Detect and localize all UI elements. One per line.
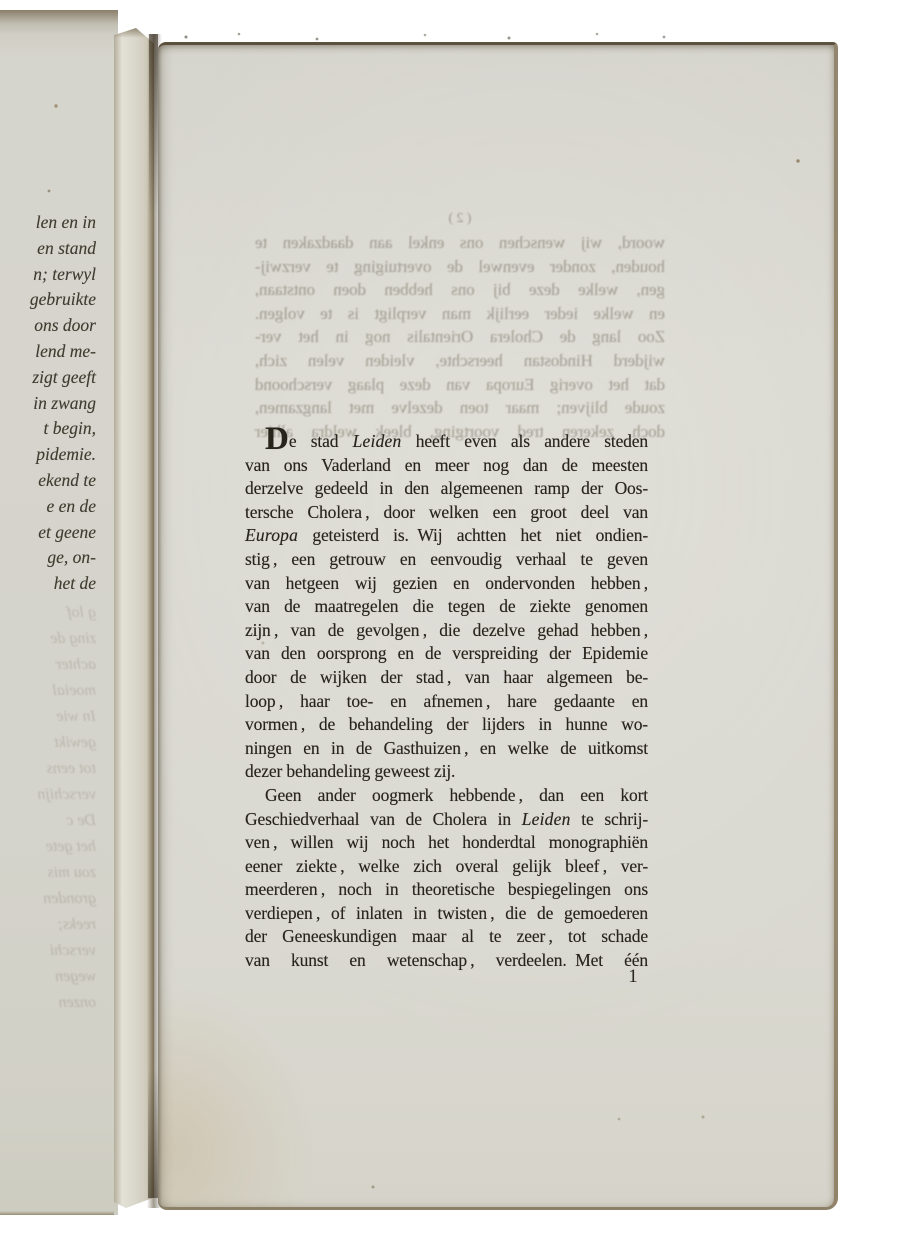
text-line: Europa geteisterd is. Wij achtten het ni… xyxy=(245,524,648,548)
text-line: derzelve gedeeld in den algemeenen ramp … xyxy=(245,477,648,501)
fragment-line: gebruikte xyxy=(0,287,99,313)
fragment-line: ge, on- xyxy=(0,545,99,571)
text-line: van kunst en wetenschap , verdeelen. Met… xyxy=(245,949,648,973)
text-line: ningen en in de Gasthuizen , en welke de… xyxy=(245,737,648,761)
ghost-fragment-line: zing de xyxy=(0,626,100,652)
showthrough-line: houden, zonder evenwel de overtuiging te… xyxy=(255,255,665,279)
showthrough-line: en welke ieder eerlijk man verpligt is t… xyxy=(255,302,665,326)
showthrough-line: dat het overig Europa van deze plaag ver… xyxy=(255,373,665,397)
text-line: dezer behandeling geweest zij. xyxy=(245,760,648,784)
left-page-ghost-text: g lofzing deachtermoeialIn wiegewikttot … xyxy=(0,600,100,1016)
ghost-fragment-line: In wie xyxy=(0,704,100,730)
ghost-fragment-line: verschijn xyxy=(0,782,100,808)
showthrough-text: ( 2 ) woord, wij wenschen ons enkel aan … xyxy=(255,207,665,443)
text-line: Geschiedverhaal van de Cholera in Leiden… xyxy=(245,808,648,832)
text-line: verdiepen , of inlaten in twisten , die … xyxy=(245,902,648,926)
text-line: meerderen , noch in theoretische bespieg… xyxy=(245,878,648,902)
ghost-fragment-line: De c xyxy=(0,808,100,834)
text-line: loop , haar toe- en afnemen , hare gedaa… xyxy=(245,690,648,714)
ghost-fragment-line: wegen xyxy=(0,964,100,990)
fragment-line: ons door xyxy=(0,313,99,339)
text-line: door de wijken der stad , van haar algem… xyxy=(245,666,648,690)
ghost-fragment-line: moeial xyxy=(0,678,100,704)
fragment-line: pidemie. xyxy=(0,442,99,468)
showthrough-page-header: ( 2 ) xyxy=(255,207,665,231)
ghost-fragment-line: het gete xyxy=(0,834,100,860)
ghost-fragment-line: zou mis xyxy=(0,860,100,886)
body-text: De stad Leiden heeft even als andere ste… xyxy=(245,430,648,973)
text-line: van hetgeen wij gezien en ondervonden he… xyxy=(245,572,648,596)
ghost-fragment-line: achter xyxy=(0,652,100,678)
main-page: ( 2 ) woord, wij wenschen ons enkel aan … xyxy=(158,42,838,1210)
text-line: Geen ander oogmerk hebbende , dan een ko… xyxy=(245,784,648,808)
text-line: zijn , van de gevolgen , die dezelve geh… xyxy=(245,619,648,643)
gutter-shadow xyxy=(147,34,162,1208)
showthrough-line: gen, welke deze bij ons hebben doen onts… xyxy=(255,278,665,302)
ghost-fragment-line: onzen xyxy=(0,990,100,1016)
showthrough-line: zoude blijven; maar toen dezelve met lan… xyxy=(255,396,665,420)
fragment-line: ekend te xyxy=(0,468,99,494)
fragment-line: en stand xyxy=(0,236,99,262)
fragment-line: t begin, xyxy=(0,416,99,442)
text-line: ven , willen wij noch het honderdtal mon… xyxy=(245,831,648,855)
fragment-line: e en de xyxy=(0,494,99,520)
text-line: vormen , de behandeling der lijders in h… xyxy=(245,713,648,737)
book-photo: len en inen standn; terwylgebruikteons d… xyxy=(0,0,901,1260)
text-line: stig , een getrouw en eenvoudig verhaal … xyxy=(245,548,648,572)
fragment-line: et geene xyxy=(0,520,99,546)
text-line: De stad Leiden heeft even als andere ste… xyxy=(245,430,648,454)
text-line: der Geneeskundigen maar al te zeer , tot… xyxy=(245,925,648,949)
showthrough-line: woord, wij wenschen ons enkel aan daadza… xyxy=(255,231,665,255)
left-page: len en inen standn; terwylgebruikteons d… xyxy=(0,10,118,1215)
text-line: van de maatregelen die tegen de ziekte g… xyxy=(245,595,648,619)
ghost-fragment-line: g lof xyxy=(0,600,100,626)
ghost-fragment-line: gewikt xyxy=(0,730,100,756)
fragment-line: n; terwyl xyxy=(0,262,99,288)
text-line: eener ziekte , welke zich overal gelijk … xyxy=(245,855,648,879)
ghost-fragment-line: verschi xyxy=(0,938,100,964)
ghost-fragment-line: reeks; xyxy=(0,912,100,938)
dust-specks xyxy=(0,0,2,2)
fragment-line: lend me- xyxy=(0,339,99,365)
ghost-fragment-line: tot eens xyxy=(0,756,100,782)
text-line: van ons Vaderland en meer nog dan de mee… xyxy=(245,454,648,478)
left-page-text-fragments: len en inen standn; terwylgebruikteons d… xyxy=(0,210,99,597)
text-line: van den oorsprong en de verspreiding der… xyxy=(245,642,648,666)
fragment-line: len en in xyxy=(0,210,99,236)
text-line: tersche Cholera , door welken een groot … xyxy=(245,501,648,525)
ghost-fragment-line: gronden xyxy=(0,886,100,912)
fragment-line: in zwang xyxy=(0,391,99,417)
drop-cap: D xyxy=(265,421,289,457)
signature-mark: 1 xyxy=(620,966,646,988)
showthrough-line: Zoo lang de Cholera Orientalis nog in he… xyxy=(255,325,665,349)
fragment-line: het de xyxy=(0,571,99,597)
showthrough-line: wijderd Hindostan heerschte, vleiden vel… xyxy=(255,349,665,373)
fragment-line: zigt geeft xyxy=(0,365,99,391)
